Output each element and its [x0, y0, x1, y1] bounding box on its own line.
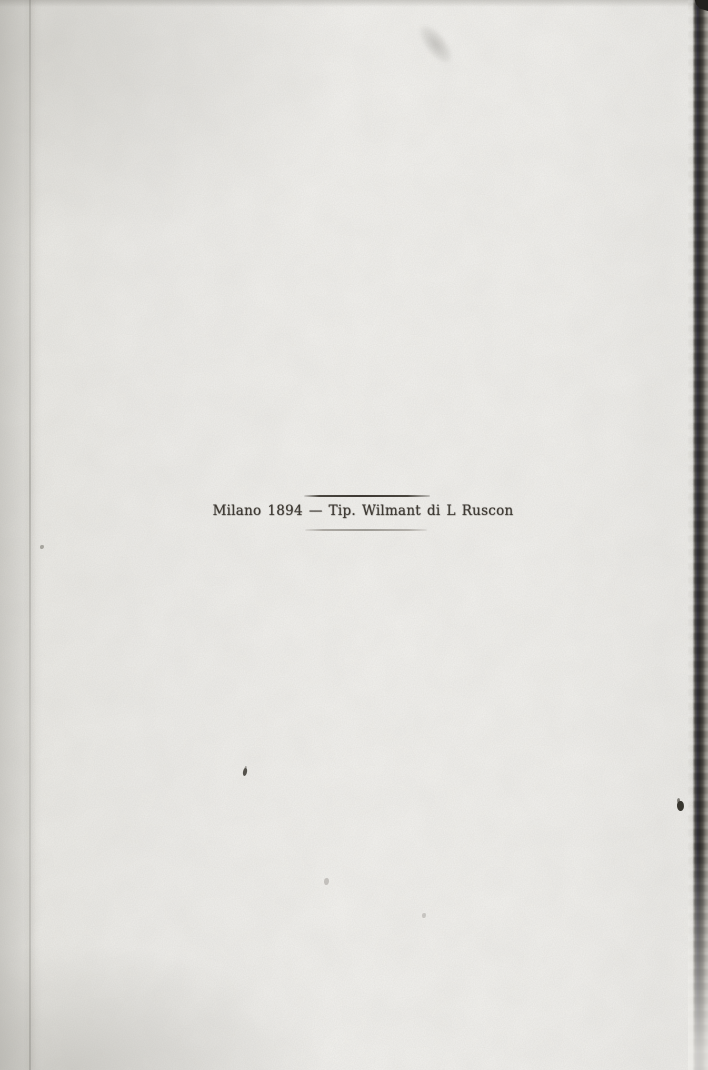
book-edge-shadow	[688, 0, 708, 1070]
imprint-rule-top	[304, 495, 430, 497]
smudge-mark	[399, 0, 475, 80]
left-margin-shadow	[0, 0, 42, 1070]
ink-speck	[422, 913, 426, 918]
imprint-text: Milano 1894 — Tip. Wilmant di L Ruscon	[213, 503, 514, 519]
book-edge-fade	[688, 850, 708, 1070]
ink-speck	[242, 768, 247, 776]
ink-speck	[676, 800, 685, 811]
page-crease-line	[29, 0, 31, 1070]
ink-speck	[40, 545, 44, 549]
imprint-rule-bottom	[305, 529, 427, 531]
ink-speck	[324, 878, 329, 885]
top-edge-shadow	[0, 0, 708, 7]
scanned-page: Milano 1894 — Tip. Wilmant di L Ruscon	[0, 0, 708, 1070]
paper-texture	[0, 0, 708, 1070]
